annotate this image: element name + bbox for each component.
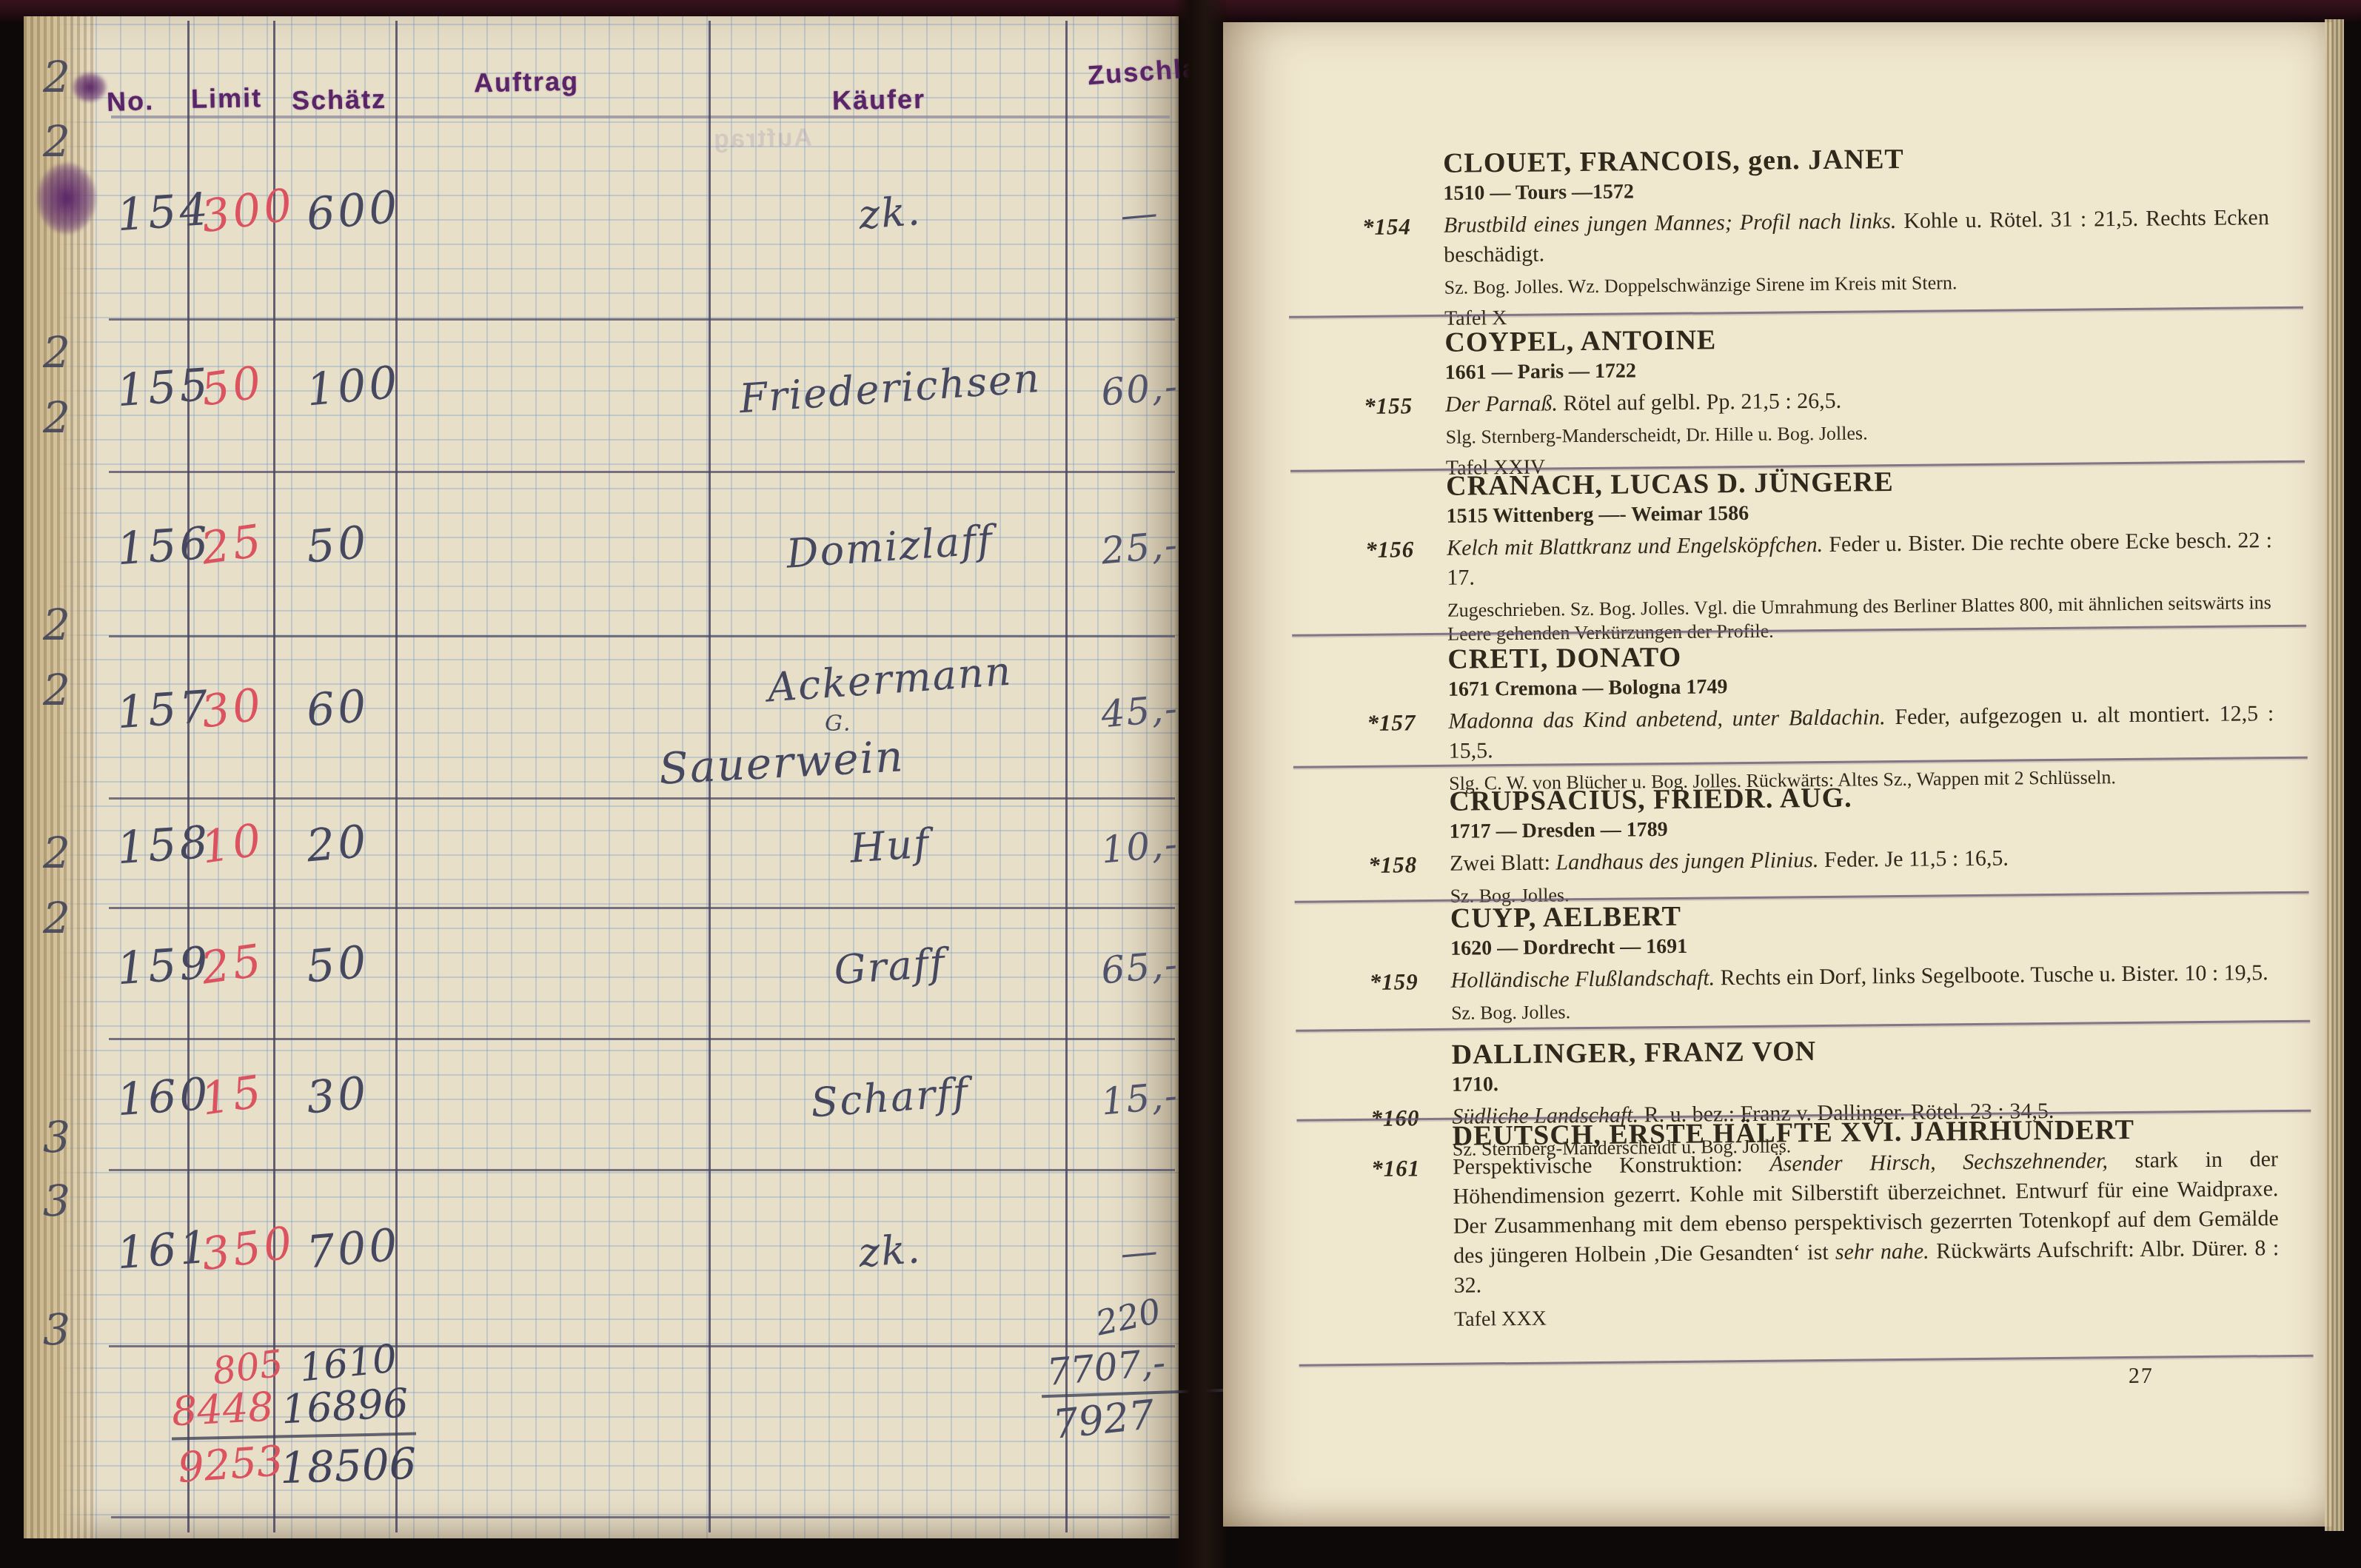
artist-dates: 1710. [1452, 1066, 2277, 1096]
lot-number: *161 [1371, 1153, 1420, 1184]
margin-mark: 2 [43, 665, 70, 715]
row-separator [109, 318, 1175, 321]
book-scan: Auftrag No.LimitSchätzAuftragKäuferZusch… [0, 0, 2361, 1568]
cell-schaetz: 100 [304, 357, 402, 417]
margin-mark: 2 [43, 893, 70, 943]
cell-kaeufer-note: G. [825, 711, 851, 737]
lot-detail: Rötel auf gelbl. Pp. 21,5 : 26,5. [1558, 389, 1842, 416]
artist-name: CRETI, DONATO [1447, 635, 2273, 676]
lot-detail: Feder. Je 11,5 : 16,5. [1818, 846, 2009, 872]
artist-name: CLOUET, FRANCOIS, gen. JANET [1443, 139, 2268, 180]
cell-schaetz: 700 [304, 1219, 402, 1279]
margin-mark: 2 [43, 116, 70, 167]
ledger-row: 1573060AckermannG.Sauerwein45,- [24, 635, 1179, 797]
row-separator [109, 907, 1175, 909]
row-separator [109, 1038, 1175, 1040]
zuschlag-carryover: 7707,- [1045, 1341, 1167, 1394]
lot-title: Kelch mit Blattkranz und Engelsköpfchen. [1447, 532, 1823, 560]
limit-grand-total: 9253 [176, 1437, 285, 1492]
page-number: 27 [2129, 1364, 2154, 1389]
cell-schaetz: 30 [304, 1067, 371, 1124]
artist-name: DALLINGER, FRANZ VON [1451, 1031, 2277, 1071]
artist-name: CUYP, AELBERT [1450, 894, 2276, 935]
lot-number: *157 [1367, 708, 1416, 738]
lot-number: *154 [1362, 212, 1411, 242]
margin-mark: 3 [43, 1176, 70, 1226]
cell-schaetz: 20 [304, 815, 371, 872]
lot-description: *158Zwei Blatt: Landhaus des jungen Plin… [1450, 841, 2275, 879]
cell-kaeufer: Domizlaff [714, 512, 1065, 583]
lot-title: Landhaus des jungen Plinius. [1555, 848, 1818, 874]
cell-kaeufer: Scharff [714, 1062, 1065, 1133]
entry-divider [1299, 1355, 2314, 1367]
lot-title: Brustbild eines jungen Mannes; Profil na… [1444, 209, 1897, 238]
cell-kaeufer: Friederichsen [714, 353, 1065, 424]
column-header-schtz: Schätz [292, 84, 387, 116]
ledger-row: 1581020Huf10,- [24, 797, 1179, 907]
provenance-note: Sz. Bog. Jolles. Wz. Doppelschwänzige Si… [1444, 268, 2270, 300]
row-separator [109, 471, 1175, 473]
cell-kaeufer: Ackermann [714, 643, 1065, 714]
limit-carryover: 8448 [170, 1383, 275, 1435]
lot-detail: Perspektivische Konstruktion: [1453, 1152, 1770, 1179]
lot-number: *159 [1369, 967, 1418, 997]
column-header-auftrag: Auftrag [474, 66, 580, 98]
cell-kaeufer: zk. [714, 1216, 1065, 1287]
plate-reference: Tafel XXX [1454, 1300, 2280, 1332]
artist-dates: 1515 Wittenberg —- Weimar 1586 [1447, 497, 2272, 528]
lot-title: Äsender Hirsch, Sechszehnender, [1769, 1148, 2108, 1176]
lot-number: *156 [1365, 535, 1414, 565]
lot-title: Holländische Flußlandschaft. [1450, 965, 1715, 992]
row-separator [109, 797, 1175, 800]
cell-limit: 25 [198, 934, 267, 994]
cell-schaetz: 50 [304, 516, 371, 573]
margin-mark: 2 [43, 327, 70, 378]
cell-kaeufer: Graff [714, 931, 1065, 1002]
lot-title: Der Parnaß. [1445, 391, 1558, 416]
cell-schaetz: 60 [304, 680, 371, 737]
lot-description: *155Der Parnaß. Rötel auf gelbl. Pp. 21,… [1445, 382, 2271, 420]
table-bottom-rule [111, 1516, 1170, 1518]
cell-limit: 50 [198, 356, 267, 416]
margin-mark: 2 [43, 392, 70, 443]
lot-title: Madonna das Kind anbetend, unter Baldach… [1448, 705, 1886, 734]
lot-number: *155 [1364, 391, 1413, 421]
catalog-entry: CRETI, DONATO1671 Cremona — Bologna 1749… [1447, 635, 2274, 796]
header-rule [111, 115, 1170, 118]
cell-limit: 30 [198, 678, 267, 738]
catalog-entry: CUYP, AELBERT1620 — Dordrecht — 1691*159… [1450, 894, 2277, 1025]
catalog-entry: COYPEL, ANTOINE1661 — Paris — 1722*155De… [1444, 318, 2271, 480]
cell-limit: 350 [198, 1217, 298, 1281]
ledger-row: 1601530Scharff15,- [24, 1038, 1179, 1169]
lot-number: *158 [1368, 850, 1417, 880]
schaetz-carryover: 16896 [280, 1380, 409, 1433]
artist-dates: 1510 — Tours —1572 [1443, 175, 2268, 205]
lot-description: *159Holländische Flußlandschaft. Rechts … [1450, 958, 2276, 996]
ledger-row: 154300600zk.— [24, 120, 1179, 318]
catalog-content: 27 CLOUET, FRANCOIS, gen. JANET1510 — To… [1216, 16, 2339, 1530]
catalog-entry: CRANACH, LUCAS D. JÜNGERE1515 Wittenberg… [1446, 462, 2273, 646]
row-separator [109, 1169, 1175, 1171]
lot-detail: Zwei Blatt: [1450, 850, 1556, 875]
cell-limit: 300 [198, 179, 298, 244]
catalog-entry: CRUPSACIUS, FRIEDR. AUG.1717 — Dresden —… [1449, 777, 2276, 908]
artist-dates: 1717 — Dresden — 1789 [1450, 813, 2275, 843]
provenance-note: Sz. Bog. Jolles. [1451, 994, 2277, 1025]
cell-schaetz: 50 [304, 936, 371, 993]
column-header-no: No. [106, 85, 154, 118]
ledger-row: 15550100Friederichsen60,- [24, 318, 1179, 471]
ledger-row: 1592550Graff65,- [24, 907, 1179, 1038]
book-fore-edge [2325, 19, 2344, 1531]
ledger-page: Auftrag No.LimitSchätzAuftragKäuferZusch… [24, 16, 1179, 1538]
margin-mark: 2 [43, 52, 70, 102]
artist-dates: 1661 — Paris — 1722 [1445, 354, 2271, 384]
catalog-entry: CLOUET, FRANCOIS, gen. JANET1510 — Tours… [1443, 139, 2270, 331]
lot-description: *161Perspektivische Konstruktion: Äsende… [1453, 1145, 2280, 1301]
ink-smear [73, 73, 107, 102]
ledger-row: 161350700zk.— [24, 1169, 1179, 1345]
artist-dates: 1620 — Dordrecht — 1691 [1450, 930, 2276, 960]
artist-name: COYPEL, ANTOINE [1444, 318, 2270, 359]
column-header-limit: Limit [191, 82, 263, 115]
row-separator [109, 635, 1175, 637]
cell-limit: 10 [198, 814, 267, 874]
catalog-page: 27 CLOUET, FRANCOIS, gen. JANET1510 — To… [1223, 22, 2332, 1527]
cell-limit: 25 [198, 515, 267, 574]
cell-kaeufer: Huf [714, 811, 1065, 882]
artist-name: CRUPSACIUS, FRIEDR. AUG. [1449, 777, 2274, 818]
margin-mark: 3 [43, 1304, 70, 1355]
provenance-note: Slg. Sternberg-Manderscheidt, Dr. Hille … [1445, 418, 2271, 449]
lot-title: sehr nahe. [1835, 1239, 1929, 1264]
cell-kaeufer: zk. [714, 178, 1065, 249]
zuschlag-grand-total: 7927 [1051, 1391, 1156, 1448]
lot-detail: Rechts ein Dorf, links Segelboote. Tusch… [1715, 960, 2268, 990]
cell-schaetz: 600 [304, 181, 402, 241]
catalog-entry: DEUTSCH, ERSTE HÄLFTE XVI. JAHRHUNDERT*1… [1452, 1112, 2280, 1332]
schaetz-grand-total: 18506 [279, 1438, 418, 1493]
lot-description: *154Brustbild eines jungen Mannes; Profi… [1444, 203, 2270, 270]
ledger-row: 1562550Domizlaff25,- [24, 471, 1179, 635]
margin-mark: 3 [43, 1112, 70, 1162]
artist-dates: 1671 Cremona — Bologna 1749 [1448, 671, 2274, 701]
cell-limit: 15 [198, 1065, 267, 1125]
margin-mark: 2 [43, 828, 70, 878]
column-header-kufer: Käufer [832, 84, 926, 116]
lot-description: *157Madonna das Kind anbetend, unter Bal… [1448, 699, 2274, 766]
margin-mark: 2 [43, 600, 70, 650]
lot-description: *156Kelch mit Blattkranz und Engelsköpfc… [1447, 526, 2273, 593]
cell-kaeufer-line2: Sauerwein [657, 731, 905, 794]
